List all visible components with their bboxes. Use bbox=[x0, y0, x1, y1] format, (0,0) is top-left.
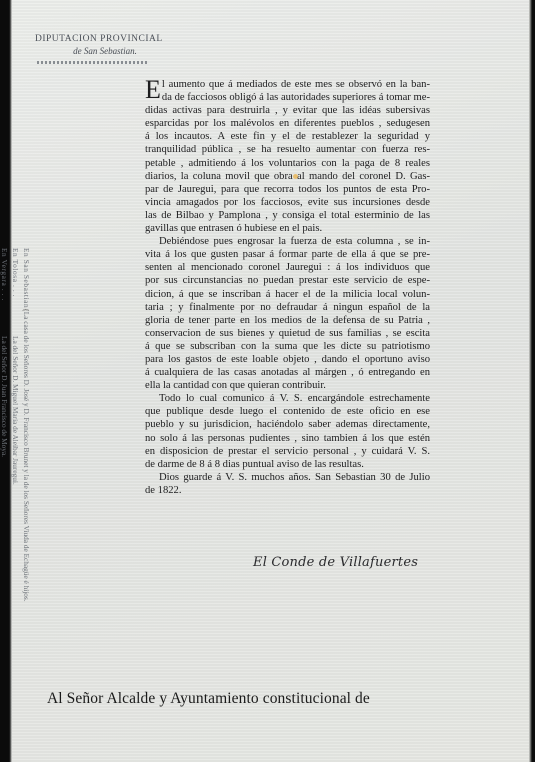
body-line: á cualquiera de las casas anotadas al má… bbox=[145, 366, 430, 379]
body-line: vincia amagados por los facciosos, evite… bbox=[145, 196, 430, 209]
body-line: dicion, á que se inscriban á hacer el de… bbox=[145, 288, 430, 301]
body-line: gloria de tener parte en los medios de l… bbox=[145, 314, 430, 327]
body-line: par de Jauregui, para que recorra todos … bbox=[145, 183, 430, 196]
margin-place: En Tolosa . . . bbox=[10, 248, 21, 326]
body-line: á los incautos. A este fin y el de resta… bbox=[145, 130, 430, 143]
signature: El Conde de Villafuertes bbox=[253, 555, 418, 570]
body-line: de 1822. bbox=[145, 484, 430, 497]
margin-note: En San Sebastian { La casa de los Señore… bbox=[0, 248, 32, 488]
drop-cap: E bbox=[145, 79, 161, 101]
addressee-line: Al Señor Alcalde y Ayuntamiento constitu… bbox=[47, 690, 370, 708]
letterhead-subtitle: de San Sebastian. bbox=[55, 46, 155, 56]
body-line: en disposicion de prestar el servicio pe… bbox=[145, 445, 430, 458]
margin-note-row: En Vergara . . . La del Señor D. Juan Fr… bbox=[0, 248, 10, 488]
body-line: para los gastos de este loable objeto , … bbox=[145, 353, 430, 366]
body-line: á que se subscriban con la suma que les … bbox=[145, 340, 430, 353]
body-line: no solo á las personas pudientes , sino … bbox=[145, 432, 430, 445]
body-text: E l aumento que á mediados de este mes s… bbox=[145, 78, 430, 497]
body-line: gavillas que entrasen ó hubiese en el pa… bbox=[145, 222, 430, 235]
body-line: que publique desde luego el contenido de… bbox=[145, 405, 430, 418]
body-line: las de Bilbao y Pamplona , y consiga el … bbox=[145, 209, 430, 222]
body-line: conservacion de sus bienes y quietud de … bbox=[145, 327, 430, 340]
body-line: senten al mencionado coronel Jauregui : … bbox=[145, 261, 430, 274]
body-line: tranquilidad pública , se ha resuelto au… bbox=[145, 143, 430, 156]
margin-entry: La casa de los Señores D. José y D. Fran… bbox=[21, 312, 32, 602]
body-line: pueblo y su jurisdicion, haciéndolo sabe… bbox=[145, 418, 430, 431]
margin-note-row: En Tolosa . . . La del Señor D. Miguel M… bbox=[10, 248, 21, 488]
margin-place: En Vergara . . . bbox=[0, 248, 10, 326]
body-line: didas activas para destruirla , y evitar… bbox=[145, 104, 430, 117]
scan-border-right bbox=[529, 0, 535, 762]
body-line: de darme de 8 á 8 dias puntual aviso de … bbox=[145, 458, 430, 471]
margin-entry: La del Señor D. Miguel Maria de Aleibar … bbox=[10, 336, 21, 485]
body-line: petable , admitiendo á los voluntarios c… bbox=[145, 157, 430, 170]
margin-place: En San Sebastian bbox=[21, 248, 32, 308]
letterhead-title: DIPUTACION PROVINCIAL bbox=[35, 34, 155, 44]
body-line: Dios guarde á V. S. muchos años. San Seb… bbox=[145, 471, 430, 484]
body-line: Todo lo cual comunico á V. S. encargándo… bbox=[145, 392, 430, 405]
letterhead-divider bbox=[37, 61, 149, 64]
body-line: l aumento que á mediados de este mes se … bbox=[162, 78, 430, 91]
body-line: por sus circunstancias no puedan prestar… bbox=[145, 274, 430, 287]
body-line: ella la cantidad con que quieran contrib… bbox=[145, 379, 430, 392]
margin-entry: La del Señor D. Juan Francisco de Moya. bbox=[0, 336, 10, 457]
body-line: taria ; y finalmente por no defraudar á … bbox=[145, 301, 430, 314]
paper-stain bbox=[293, 174, 298, 179]
body-line: Debiéndose pues engrosar la fuerza de es… bbox=[145, 235, 430, 248]
body-line: diarios, la coluna movil que obra al man… bbox=[145, 170, 430, 183]
body-line: esparcidas por los malévolos en diferent… bbox=[145, 117, 430, 130]
letterhead: DIPUTACION PROVINCIAL de San Sebastian. bbox=[35, 34, 155, 64]
body-line: vita á los que gusten pasar á formar par… bbox=[145, 248, 430, 261]
margin-note-row: En San Sebastian { La casa de los Señore… bbox=[21, 248, 32, 488]
body-line: da de facciosos obligó á las autoridades… bbox=[162, 91, 430, 104]
